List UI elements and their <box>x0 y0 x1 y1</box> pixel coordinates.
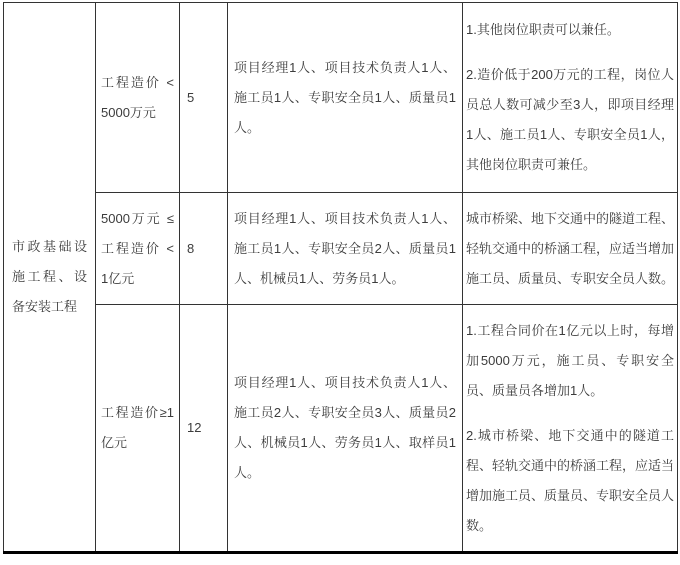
positions-cell: 项目经理1人、项目技术负责人1人、施工员1人、专职安全员2人、质量员1人、机械员… <box>228 193 463 305</box>
category-cell: 市政基础设施工程、设备安装工程 <box>4 3 96 553</box>
staff-count-cell: 12 <box>180 305 228 553</box>
note-paragraph: 城市桥梁、地下交通中的隧道工程、轻轨交通中的桥涵工程，应适当增加施工员、质量员、… <box>466 204 674 294</box>
table-row: 5000万元 ≤ 工程造价 < 1亿元 8 项目经理1人、项目技术负责人1人、施… <box>4 193 678 305</box>
note-paragraph: 1.其他岗位职责可以兼任。 <box>466 15 674 45</box>
table-row: 市政基础设施工程、设备安装工程 工程造价 < 5000万元 5 项目经理1人、项… <box>4 3 678 193</box>
note-paragraph: 2.城市桥梁、地下交通中的隧道工程、轻轨交通中的桥涵工程，应适当增加施工员、质量… <box>466 421 674 541</box>
cost-range-cell: 工程造价≥1亿元 <box>96 305 180 553</box>
positions-cell: 项目经理1人、项目技术负责人1人、施工员1人、专职安全员1人、质量员1人。 <box>228 3 463 193</box>
table-row: 工程造价≥1亿元 12 项目经理1人、项目技术负责人1人、施工员2人、专职安全员… <box>4 305 678 553</box>
positions-cell: 项目经理1人、项目技术负责人1人、施工员2人、专职安全员3人、质量员2人、机械员… <box>228 305 463 553</box>
notes-cell: 城市桥梁、地下交通中的隧道工程、轻轨交通中的桥涵工程，应适当增加施工员、质量员、… <box>463 193 678 305</box>
notes-cell: 1.其他岗位职责可以兼任。 2.造价低于200万元的工程，岗位人员总人数可减少至… <box>463 3 678 193</box>
note-paragraph: 2.造价低于200万元的工程，岗位人员总人数可减少至3人，即项目经理1人、施工员… <box>466 60 674 180</box>
cost-range-cell: 工程造价 < 5000万元 <box>96 3 180 193</box>
staff-count-cell: 8 <box>180 193 228 305</box>
note-paragraph: 1.工程合同价在1亿元以上时，每增加5000万元，施工员、专职安全员、质量员各增… <box>466 316 674 406</box>
staffing-requirements-table: 市政基础设施工程、设备安装工程 工程造价 < 5000万元 5 项目经理1人、项… <box>3 2 678 554</box>
notes-cell: 1.工程合同价在1亿元以上时，每增加5000万元，施工员、专职安全员、质量员各增… <box>463 305 678 553</box>
cost-range-cell: 5000万元 ≤ 工程造价 < 1亿元 <box>96 193 180 305</box>
staff-count-cell: 5 <box>180 3 228 193</box>
